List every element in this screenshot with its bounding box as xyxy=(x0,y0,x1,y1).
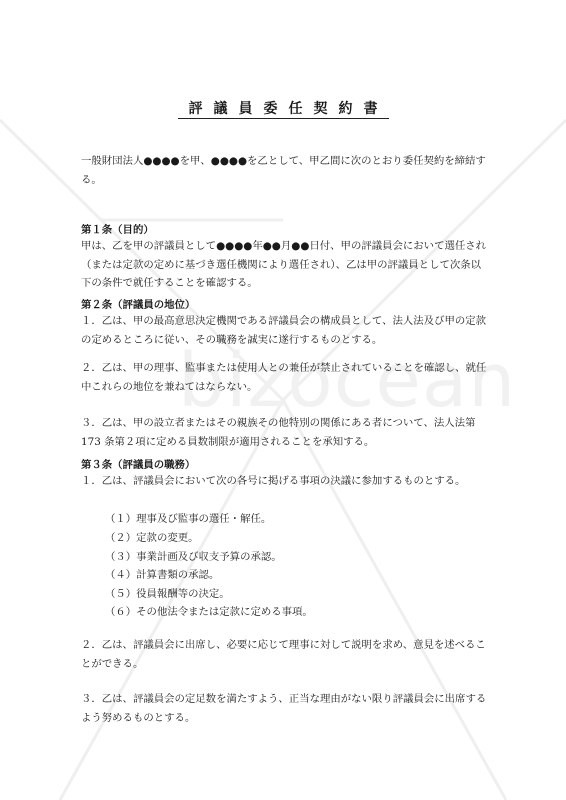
list-item: （３）事業計画及び収支予算の承認。 xyxy=(105,548,282,567)
document-page: 評議員委任契約書 一般財団法人●●●●を甲、●●●●を乙として、甲乙間に次のとお… xyxy=(0,0,566,800)
article-1-heading: 第１条（目的） xyxy=(81,221,154,236)
article-2-paragraph-2: ２．乙は、甲の理事、監事または使用人との兼任が禁止されていることを確認し、就任中… xyxy=(81,359,487,396)
article-2-paragraph-1: １．乙は、甲の最高意思決定機関である評議員会の構成員として、法人法及び甲の定款の… xyxy=(81,312,487,349)
article-3-heading: 第３条（評議員の職務） xyxy=(81,456,195,471)
list-item: （４）計算書類の承認。 xyxy=(105,566,219,585)
list-item: （６）その他法令または定款に定める事項。 xyxy=(105,603,313,622)
list-item: （２）定款の変更。 xyxy=(105,529,199,548)
article-3-paragraph-2: ２．乙は、評議員会に出席し、必要に応じて理事に対して説明を求め、意見を述べること… xyxy=(81,636,487,673)
article-3-paragraph-3: ３．乙は、評議員会の定足数を満たすよう、正当な理由がない限り評議員会に出席するよ… xyxy=(81,690,487,727)
list-item: （５）役員報酬等の決定。 xyxy=(105,585,230,604)
article-1-paragraph: 甲は、乙を甲の評議員として●●●●年●●月●●日付、甲の評議員会において選任され… xyxy=(81,237,487,293)
list-item: （１）理事及び監事の選任・解任。 xyxy=(105,510,271,529)
article-2-heading: 第２条（評議員の地位） xyxy=(81,296,195,311)
article-3-paragraph-1: １．乙は、評議員会において次の各号に掲げる事項の決議に参加するものとする。 xyxy=(81,472,487,491)
document-title: 評議員委任契約書 xyxy=(0,98,566,118)
preamble: 一般財団法人●●●●を甲、●●●●を乙として、甲乙間に次のとおり委任契約を締結す… xyxy=(81,152,487,189)
article-2-paragraph-3: ３．乙は、甲の設立者またはその親族その他特別の関係にある者について、法人法第17… xyxy=(81,414,487,451)
